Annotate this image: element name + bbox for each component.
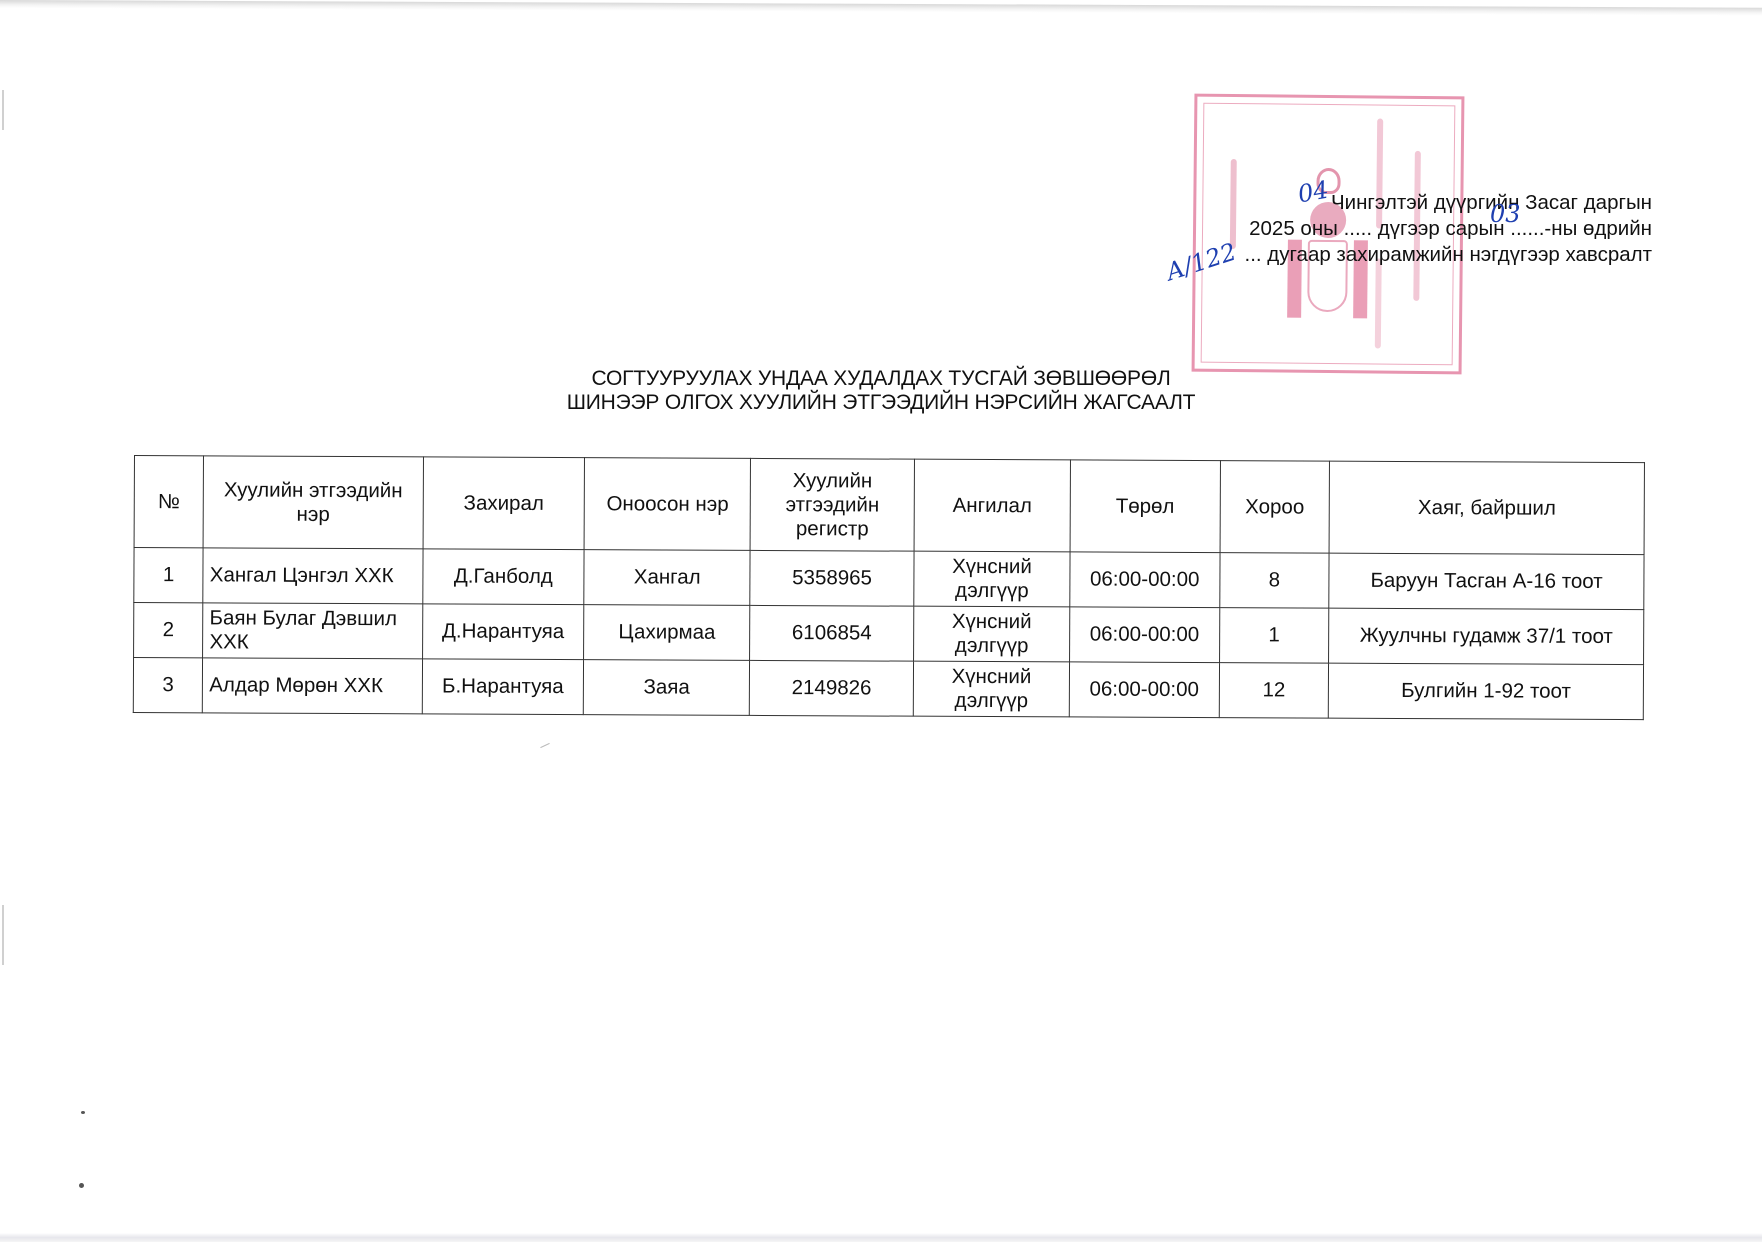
cell-director: Д.Ганболд: [422, 549, 584, 605]
cell-registry: 2149826: [750, 660, 914, 716]
cell-khoroo: 8: [1219, 553, 1329, 609]
header-khoroo: Хороо: [1220, 461, 1330, 554]
cell-director: Д.Нарантуяа: [422, 604, 584, 660]
scan-edge-bottom: [0, 1233, 1762, 1242]
table-row: 2 Баян Булаг Дэвшил ХХК Д.Нарантуяа Цахи…: [134, 603, 1644, 665]
cell-category: Хүнсний дэлгүүр: [914, 551, 1070, 607]
cell-khoroo: 12: [1219, 663, 1329, 719]
scan-speck: [79, 1183, 84, 1188]
cell-director: Б.Нарантуяа: [422, 659, 584, 715]
cell-number: 1: [134, 548, 204, 603]
cell-brand-name: Цахирмаа: [584, 605, 750, 661]
title-line-2: ШИНЭЭР ОЛГОХ ХУУЛИЙН ЭТГЭЭДИЙН НЭРСИЙН Ж…: [0, 391, 1762, 415]
cell-category: Хүнсний дэлгүүр: [914, 606, 1070, 662]
cell-number: 2: [134, 603, 204, 658]
mongol-script-icon: [1230, 159, 1237, 249]
header-address: Хаяг, байршил: [1329, 461, 1644, 554]
cell-registry: 5358965: [750, 550, 914, 606]
cell-entity-name: Хангал Цэнгэл ХХК: [203, 548, 422, 604]
approval-line-2: 2025 оны ..... дүгээр сарын ......-ны өд…: [1245, 216, 1652, 242]
header-category: Ангилал: [914, 459, 1070, 552]
cell-type: 06:00-00:00: [1069, 607, 1219, 663]
header-registry: Хуулийн этгээдийн регистр: [750, 458, 914, 551]
cell-number: 3: [133, 658, 203, 713]
cell-address: Жуулчны гудамж 37/1 тоот: [1329, 608, 1644, 664]
cell-registry: 6106854: [750, 605, 914, 661]
cell-brand-name: Хангал: [584, 550, 750, 606]
cell-category: Хүнсний дэлгүүр: [913, 661, 1069, 717]
cell-khoroo: 1: [1219, 608, 1329, 664]
cell-entity-name: Алдар Мөрөн ХХК: [203, 658, 422, 714]
cell-entity-name: Баян Булаг Дэвшил ХХК: [203, 603, 422, 659]
header-number: №: [134, 456, 204, 548]
scan-mark: [540, 743, 549, 748]
cell-address: Баруун Тасган А-16 тоот: [1329, 553, 1644, 609]
header-brand-name: Оноосон нэр: [584, 458, 750, 551]
mongol-script-icon: [1375, 259, 1382, 349]
approval-line-3: ... дугаар захирамжийн нэгдүгээр хавсрал…: [1245, 242, 1652, 268]
table-row: 3 Алдар Мөрөн ХХК Б.Нарантуяа Заяа 21498…: [133, 658, 1643, 720]
table-header-row: № Хуулийн этгээдийн нэр Захирал Оноосон …: [134, 456, 1644, 555]
cell-type: 06:00-00:00: [1069, 662, 1219, 718]
cell-brand-name: Заяа: [584, 660, 750, 716]
license-list-table: № Хуулийн этгээдийн нэр Захирал Оноосон …: [133, 455, 1645, 720]
table-row: 1 Хангал Цэнгэл ХХК Д.Ганболд Хангал 535…: [134, 548, 1644, 610]
header-type: Төрөл: [1070, 460, 1220, 553]
scan-edge-mark: [2, 905, 4, 965]
cell-address: Булгийн 1-92 тоот: [1329, 663, 1644, 719]
handwritten-day: 03: [1490, 200, 1521, 228]
title-line-1: СОГТУУРУУЛАХ УНДАА ХУДАЛДАХ ТУСГАЙ ЗӨВШӨ…: [0, 367, 1762, 391]
scan-edge-mark: [2, 90, 4, 130]
scan-edge-top: [0, 0, 1762, 16]
header-entity-name: Хуулийн этгээдийн нэр: [203, 456, 423, 549]
scan-speck: [81, 1111, 85, 1114]
document-title: СОГТУУРУУЛАХ УНДАА ХУДАЛДАХ ТУСГАЙ ЗӨВШӨ…: [0, 367, 1762, 415]
header-director: Захирал: [423, 457, 585, 550]
cell-type: 06:00-00:00: [1070, 552, 1220, 608]
handwritten-month: 04: [1296, 176, 1331, 209]
